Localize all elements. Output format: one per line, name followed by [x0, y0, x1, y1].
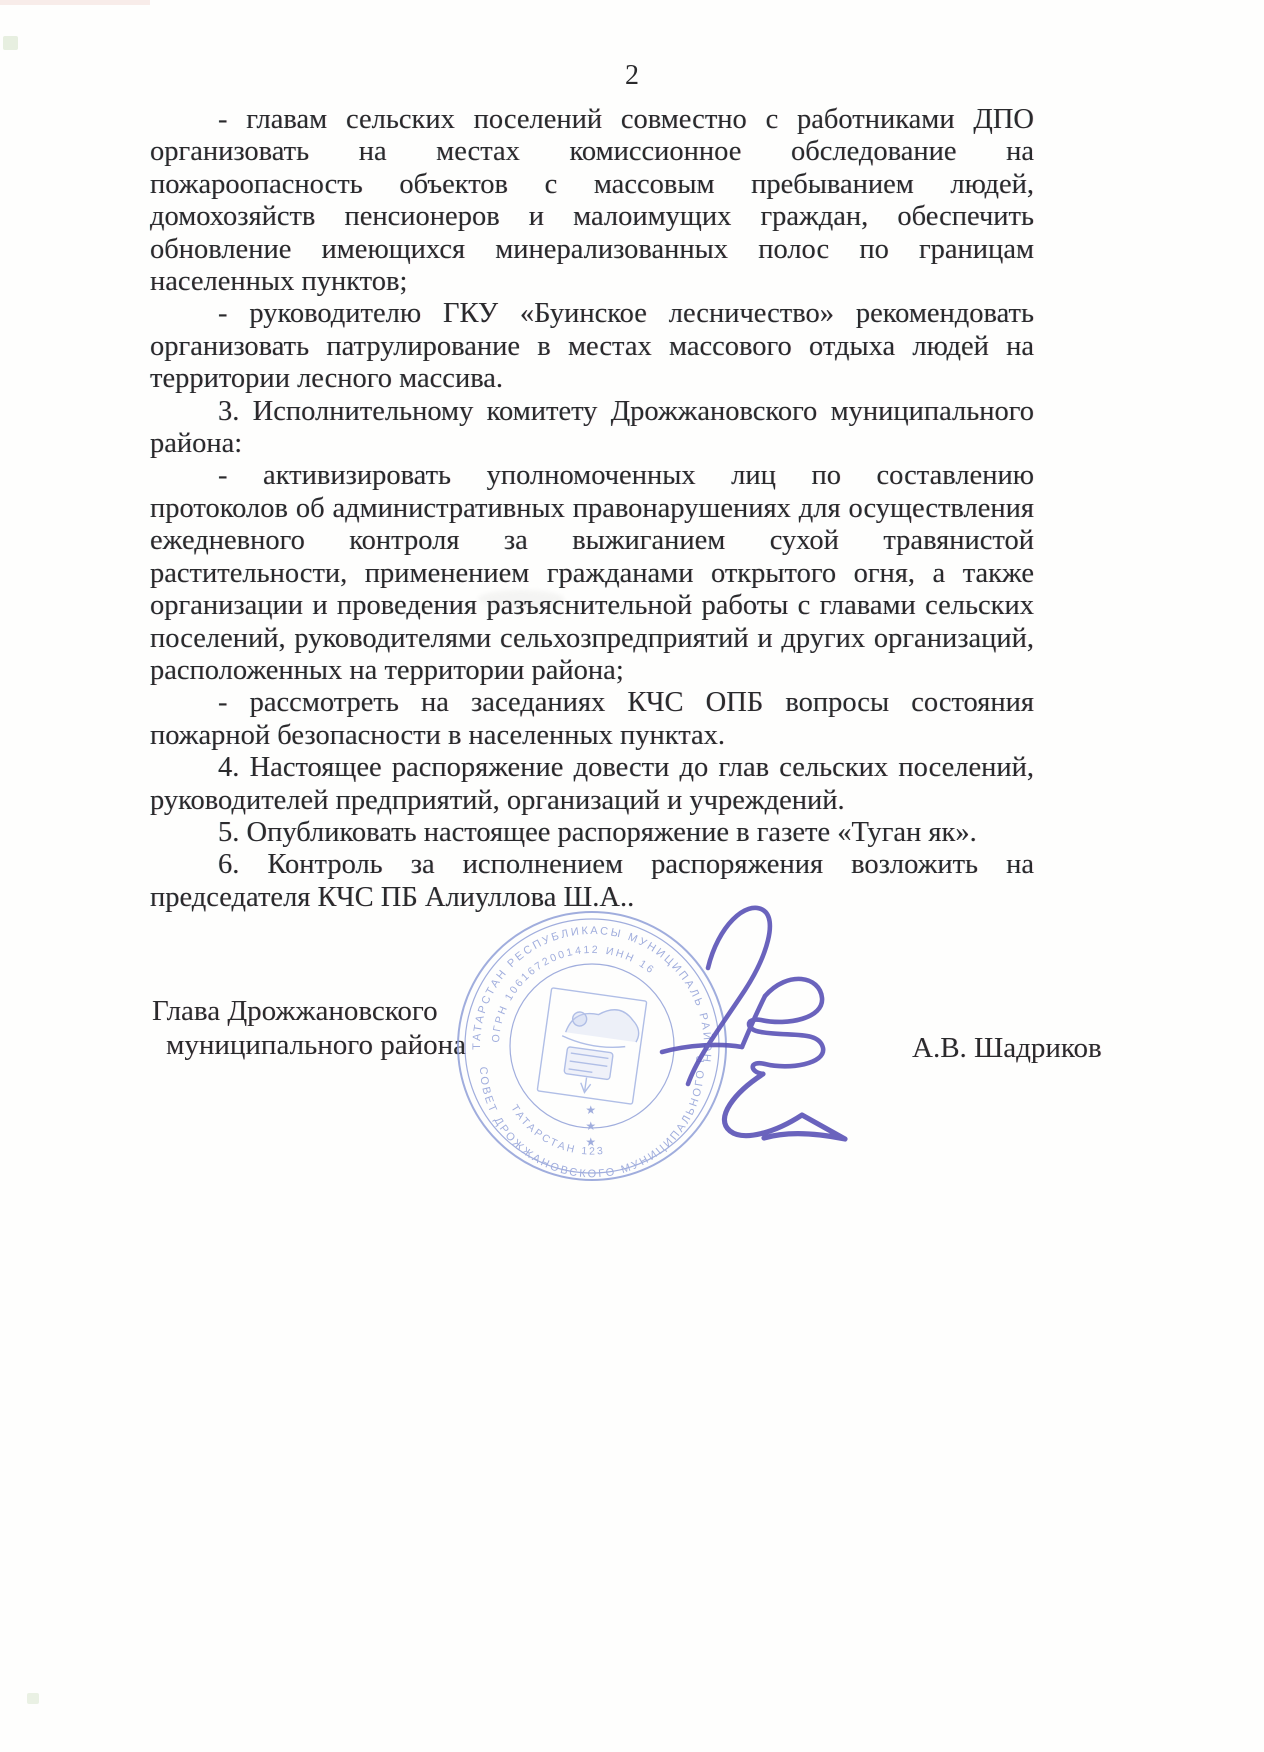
body-paragraph: 4. Настоящее распоряжение довести до гла… — [150, 752, 1034, 817]
stamp-coat-of-arms — [537, 988, 647, 1104]
scanned-document-page: 2 - главам сельских поселений совместно … — [0, 0, 1264, 1752]
body-paragraph: 6. Контроль за исполнением распоряжения … — [150, 849, 1034, 914]
scan-artifact — [3, 36, 18, 50]
body-paragraph: - руководителю ГКУ «Буинское лесничество… — [150, 298, 1034, 395]
body-paragraph: - главам сельских поселений совместно с … — [150, 104, 1034, 298]
body-paragraph: - активизировать уполномоченных лиц по с… — [150, 460, 1034, 687]
body-paragraph: 5. Опубликовать настоящее распоряжение в… — [150, 817, 1034, 849]
body-paragraph: 3. Исполнительному комитету Дрожжановско… — [150, 396, 1034, 461]
svg-text:★: ★ — [585, 1135, 598, 1149]
scan-artifact — [27, 1693, 39, 1704]
page-number: 2 — [0, 60, 1264, 92]
stamp-stars: ★ ★ ★ — [585, 1103, 598, 1149]
document-body: - главам сельских поселений совместно с … — [150, 104, 1034, 914]
signer-name: А.В. Шадриков — [912, 1032, 1102, 1065]
handwritten-signature — [648, 898, 863, 1153]
signature-title-line2: муниципального района — [166, 1028, 466, 1062]
svg-text:★: ★ — [585, 1119, 598, 1133]
scan-artifact — [0, 0, 150, 5]
svg-text:★: ★ — [585, 1103, 598, 1117]
body-paragraph: - рассмотреть на заседаниях КЧС ОПБ вопр… — [150, 687, 1034, 752]
signature-title: Глава Дрожжановского муниципального райо… — [152, 994, 466, 1062]
signature-title-line1: Глава Дрожжановского — [152, 994, 466, 1028]
